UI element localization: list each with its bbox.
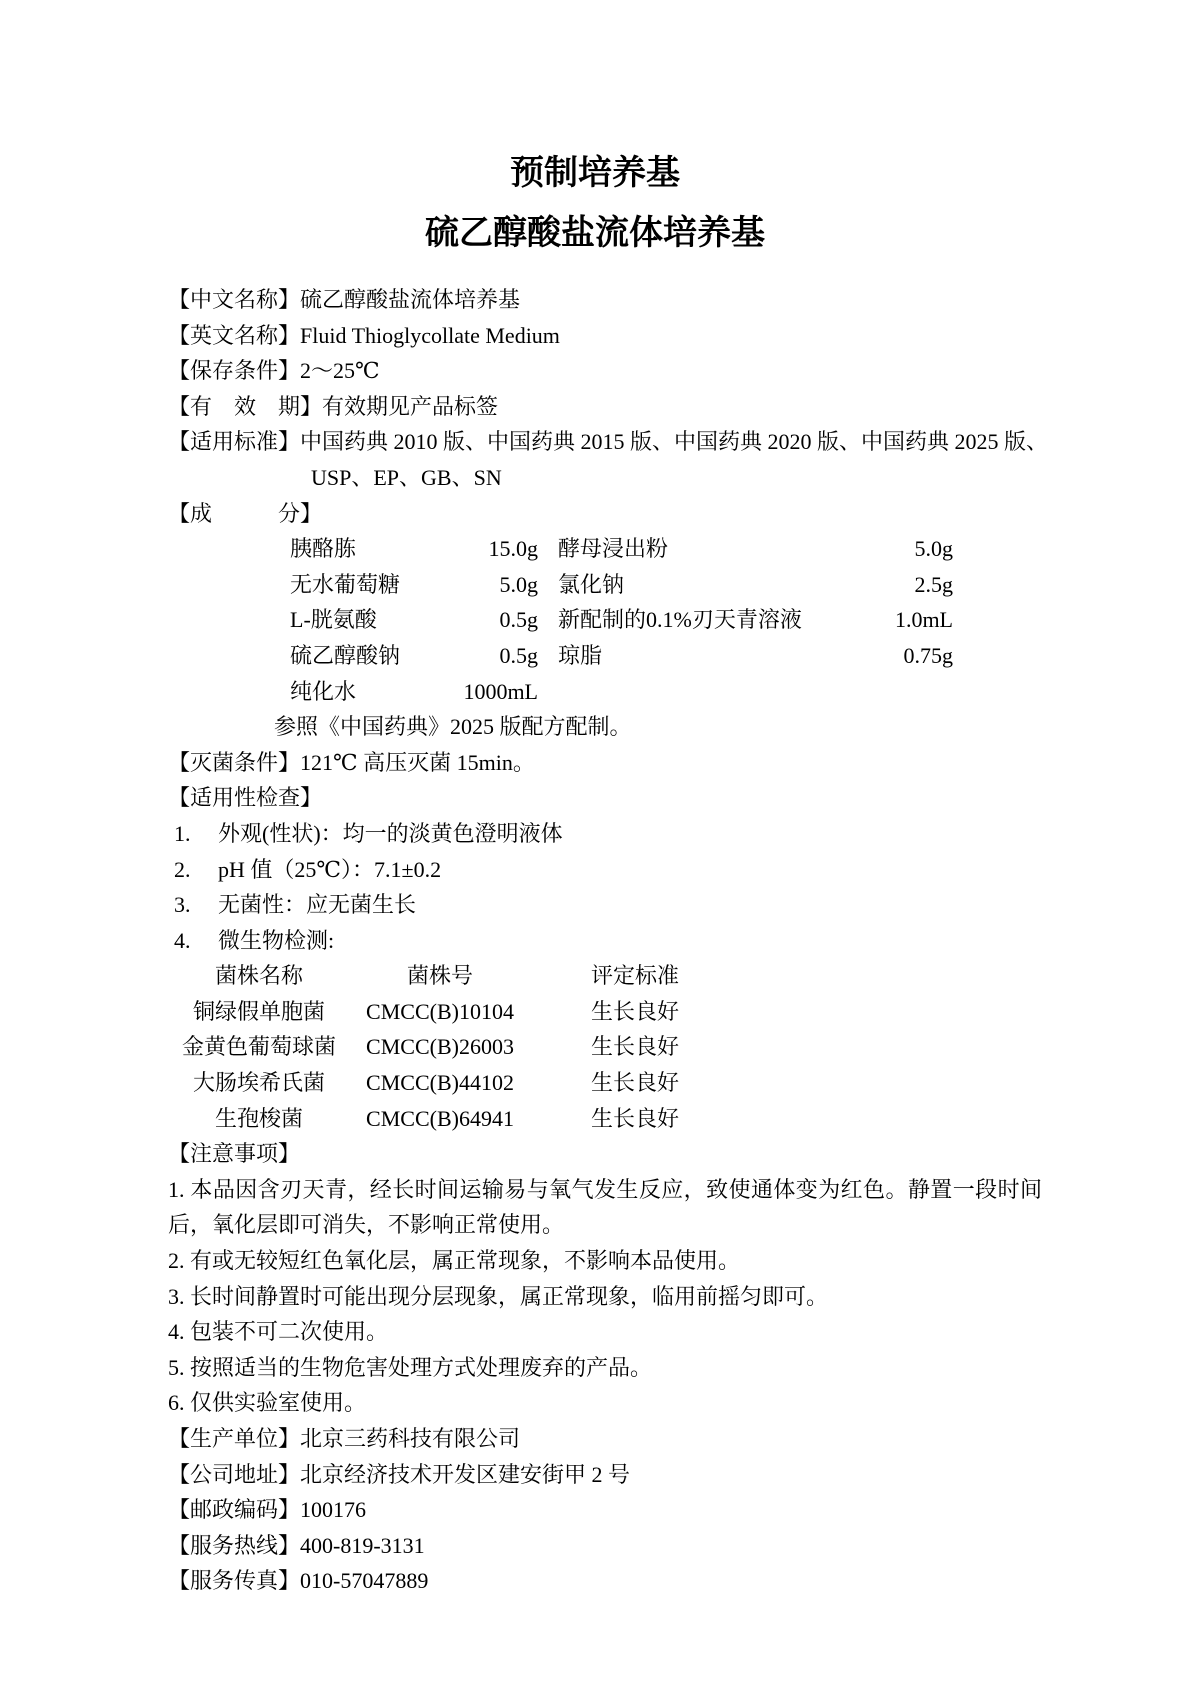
table-row: 铜绿假单胞菌 CMCC(B)10104 生长良好 (168, 994, 1042, 1030)
strain-number: CMCC(B)64941 (350, 1101, 530, 1137)
field-value: 北京三药科技有限公司 (300, 1426, 520, 1451)
composition-cell: 纯化水1000mL (290, 674, 538, 710)
composition-cell: 胰酪胨15.0g (290, 531, 538, 567)
composition-cell: L-胱氨酸0.5g (290, 602, 538, 638)
field-applicable-standards-line2: USP、EP、GB、SN (311, 460, 1042, 496)
column-header: 菌株号 (350, 958, 530, 994)
composition-label: 【成 分】 (168, 496, 1042, 532)
composition-row: 纯化水1000mL (168, 674, 1042, 710)
ingredient-amount: 0.5g (500, 638, 539, 674)
field-postal-code: 【邮政编码】100176 (168, 1492, 1042, 1528)
table-row: 大肠埃希氏菌 CMCC(B)44102 生长良好 (168, 1065, 1042, 1101)
precaution-item: 1. 本品因含刃天青，经长时间运输易与氧气发生反应，致使通体变为红色。静置一段时… (168, 1172, 1042, 1243)
document-page: 预制培养基 硫乙醇酸盐流体培养基 【中文名称】硫乙醇酸盐流体培养基 【英文名称】… (0, 0, 1190, 1683)
field-value: Fluid Thioglycollate Medium (300, 323, 560, 348)
field-service-fax: 【服务传真】010-57047889 (168, 1563, 1042, 1599)
field-company-address: 【公司地址】北京经济技术开发区建安街甲 2 号 (168, 1457, 1042, 1493)
field-label: 【公司地址】 (168, 1462, 300, 1487)
check-item-ph: 2.pH 值（25℃）：7.1±0.2 (168, 852, 1042, 888)
page-subtitle: 硫乙醇酸盐流体培养基 (0, 216, 1190, 252)
field-value: 有效期见产品标签 (322, 394, 498, 419)
ingredient-name: 无水葡萄糖 (290, 567, 400, 603)
strain-name: 金黄色葡萄球菌 (168, 1029, 350, 1065)
composition-cell: 硫乙醇酸钠0.5g (290, 638, 538, 674)
composition-cell: 新配制的0.1%刃天青溶液1.0mL (558, 602, 953, 638)
field-value: 400-819-3131 (300, 1533, 425, 1558)
field-manufacturer: 【生产单位】北京三药科技有限公司 (168, 1421, 1042, 1457)
item-number: 1. (168, 816, 218, 852)
strain-number: CMCC(B)44102 (350, 1065, 530, 1101)
field-label: 【邮政编码】 (168, 1497, 300, 1522)
table-header-row: 菌株名称 菌株号 评定标准 (168, 958, 1042, 994)
composition-row: 胰酪胨15.0g 酵母浸出粉5.0g (168, 531, 1042, 567)
field-sterilization: 【灭菌条件】121℃ 高压灭菌 15min。 (168, 745, 1042, 781)
check-item-microbial: 4.微生物检测: (168, 923, 1042, 959)
ingredient-amount: 2.5g (915, 567, 954, 603)
precaution-item: 3. 长时间静置时可能出现分层现象，属正常现象，临用前摇匀即可。 (168, 1279, 1042, 1315)
table-row: 生孢梭菌 CMCC(B)64941 生长良好 (168, 1101, 1042, 1137)
precautions-label: 【注意事项】 (168, 1136, 1042, 1172)
ingredient-amount: 5.0g (915, 531, 954, 567)
field-service-hotline: 【服务热线】400-819-3131 (168, 1528, 1042, 1564)
field-value: 100176 (300, 1497, 366, 1522)
field-storage-condition: 【保存条件】2～25℃ (168, 353, 1042, 389)
composition-row: L-胱氨酸0.5g 新配制的0.1%刃天青溶液1.0mL (168, 602, 1042, 638)
composition-cell: 氯化钠2.5g (558, 567, 953, 603)
check-item-sterility: 3.无菌性：应无菌生长 (168, 887, 1042, 923)
composition-cell: 琼脂0.75g (558, 638, 953, 674)
ingredient-amount: 15.0g (489, 531, 539, 567)
ingredient-amount: 5.0g (500, 567, 539, 603)
strain-number: CMCC(B)26003 (350, 1029, 530, 1065)
ingredient-amount: 0.5g (500, 602, 539, 638)
composition-row: 无水葡萄糖5.0g 氯化钠2.5g (168, 567, 1042, 603)
item-number: 3. (168, 887, 218, 923)
composition-row: 硫乙醇酸钠0.5g 琼脂0.75g (168, 638, 1042, 674)
strain-number: CMCC(B)10104 (350, 994, 530, 1030)
strain-name: 铜绿假单胞菌 (168, 994, 350, 1030)
field-value: 硫乙醇酸盐流体培养基 (300, 287, 520, 312)
ingredient-name: 硫乙醇酸钠 (290, 638, 400, 674)
suitability-label: 【适用性检查】 (168, 780, 1042, 816)
strain-result: 生长良好 (530, 1029, 740, 1065)
check-item-appearance: 1.外观(性状)：均一的淡黄色澄明液体 (168, 816, 1042, 852)
item-text: 外观(性状)：均一的淡黄色澄明液体 (218, 816, 563, 852)
ingredient-amount: 1.0mL (895, 602, 953, 638)
field-value: 北京经济技术开发区建安街甲 2 号 (300, 1462, 630, 1487)
composition-cell: 无水葡萄糖5.0g (290, 567, 538, 603)
composition-note: 参照《中国药典》2025 版配方配制。 (274, 709, 1042, 745)
strain-table: 菌株名称 菌株号 评定标准 铜绿假单胞菌 CMCC(B)10104 生长良好 金… (168, 958, 1042, 1136)
item-text: pH 值（25℃）：7.1±0.2 (218, 852, 441, 888)
field-english-name: 【英文名称】Fluid Thioglycollate Medium (168, 318, 1042, 354)
field-label: 【保存条件】 (168, 358, 300, 383)
item-number: 4. (168, 923, 218, 959)
field-shelf-life: 【有 效 期】有效期见产品标签 (168, 389, 1042, 425)
ingredient-amount: 1000mL (463, 674, 538, 710)
field-label: 【有 效 期】 (168, 394, 322, 419)
item-text: 无菌性：应无菌生长 (218, 887, 416, 923)
precaution-item: 6. 仅供实验室使用。 (168, 1385, 1042, 1421)
precaution-item: 2. 有或无较短红色氧化层，属正常现象，不影响本品使用。 (168, 1243, 1042, 1279)
strain-result: 生长良好 (530, 1101, 740, 1137)
field-label: 【适用标准】 (168, 429, 300, 454)
item-number: 2. (168, 852, 218, 888)
precaution-item: 5. 按照适当的生物危害处理方式处理废弃的产品。 (168, 1350, 1042, 1386)
ingredient-name: 琼脂 (558, 638, 602, 674)
field-label: 【灭菌条件】 (168, 750, 300, 775)
field-value: 中国药典 2010 版、中国药典 2015 版、中国药典 2020 版、中国药典… (300, 429, 1048, 454)
field-value: 010-57047889 (300, 1568, 428, 1593)
strain-name: 生孢梭菌 (168, 1101, 350, 1137)
ingredient-name: 纯化水 (290, 674, 356, 710)
ingredient-name: 胰酪胨 (290, 531, 356, 567)
item-text: 微生物检测: (218, 923, 334, 959)
ingredient-name: 酵母浸出粉 (558, 531, 668, 567)
field-label: 【中文名称】 (168, 287, 300, 312)
composition-cell: 酵母浸出粉5.0g (558, 531, 953, 567)
strain-result: 生长良好 (530, 1065, 740, 1101)
strain-result: 生长良好 (530, 994, 740, 1030)
doc-content: 【中文名称】硫乙醇酸盐流体培养基 【英文名称】Fluid Thioglycoll… (168, 282, 1042, 1599)
ingredient-name: 新配制的0.1%刃天青溶液 (558, 602, 802, 638)
table-row: 金黄色葡萄球菌 CMCC(B)26003 生长良好 (168, 1029, 1042, 1065)
field-value: 2～25℃ (300, 358, 380, 383)
column-header: 菌株名称 (168, 958, 350, 994)
field-applicable-standards: 【适用标准】中国药典 2010 版、中国药典 2015 版、中国药典 2020 … (168, 424, 1042, 460)
field-label: 【服务传真】 (168, 1568, 300, 1593)
ingredient-name: L-胱氨酸 (290, 602, 377, 638)
field-label: 【生产单位】 (168, 1426, 300, 1451)
field-value: 121℃ 高压灭菌 15min。 (300, 750, 535, 775)
field-label: 【服务热线】 (168, 1533, 300, 1558)
page-title: 预制培养基 (0, 0, 1190, 192)
column-header: 评定标准 (530, 958, 740, 994)
ingredient-amount: 0.75g (904, 638, 954, 674)
precaution-item: 4. 包装不可二次使用。 (168, 1314, 1042, 1350)
strain-name: 大肠埃希氏菌 (168, 1065, 350, 1101)
composition-cell (558, 674, 953, 710)
field-label: 【英文名称】 (168, 323, 300, 348)
field-chinese-name: 【中文名称】硫乙醇酸盐流体培养基 (168, 282, 1042, 318)
ingredient-name: 氯化钠 (558, 567, 624, 603)
